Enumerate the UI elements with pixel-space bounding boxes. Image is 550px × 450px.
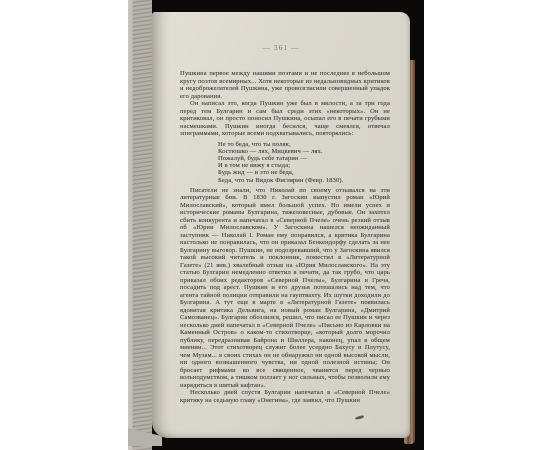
verse-line: Костюшко — лях, Мицкевич — лях. [218,148,390,155]
epigram-verse: Не то беда, что ты поляк, Костюшко — лях… [218,141,390,184]
page-text-block: Пушкина первое между нашими поэтами и не… [180,70,390,404]
page-number: — 361 — [152,43,410,52]
book-photo: — 361 — Пушкина первое между нашими поэт… [128,0,424,450]
ink-speck [355,415,364,420]
verse-line: Беда, что ты Видок Фиглярин (Февр. 1830)… [218,177,390,184]
paragraph-commentary: Он написал это, когда Пушкин уже был в м… [180,100,390,138]
left-page-fore-edge [128,0,152,450]
verse-line: Не то беда, что ты поляк, [218,141,390,148]
paragraph-quote-continuation: Пушкина первое между нашими поэтами и не… [180,70,390,100]
verse-line: Пожалуй, будь себе татарин — [218,155,390,162]
verse-line: Будь жид — и это не беда, [218,169,390,176]
paragraph-onegin-critique: Несколько дней спустя Булгарин напечатал… [180,389,390,404]
paragraph-literary-battles: Писатели не знали, что Николай по своему… [180,187,390,390]
book-page: — 361 — Пушкина первое между нашими поэт… [152,12,410,438]
